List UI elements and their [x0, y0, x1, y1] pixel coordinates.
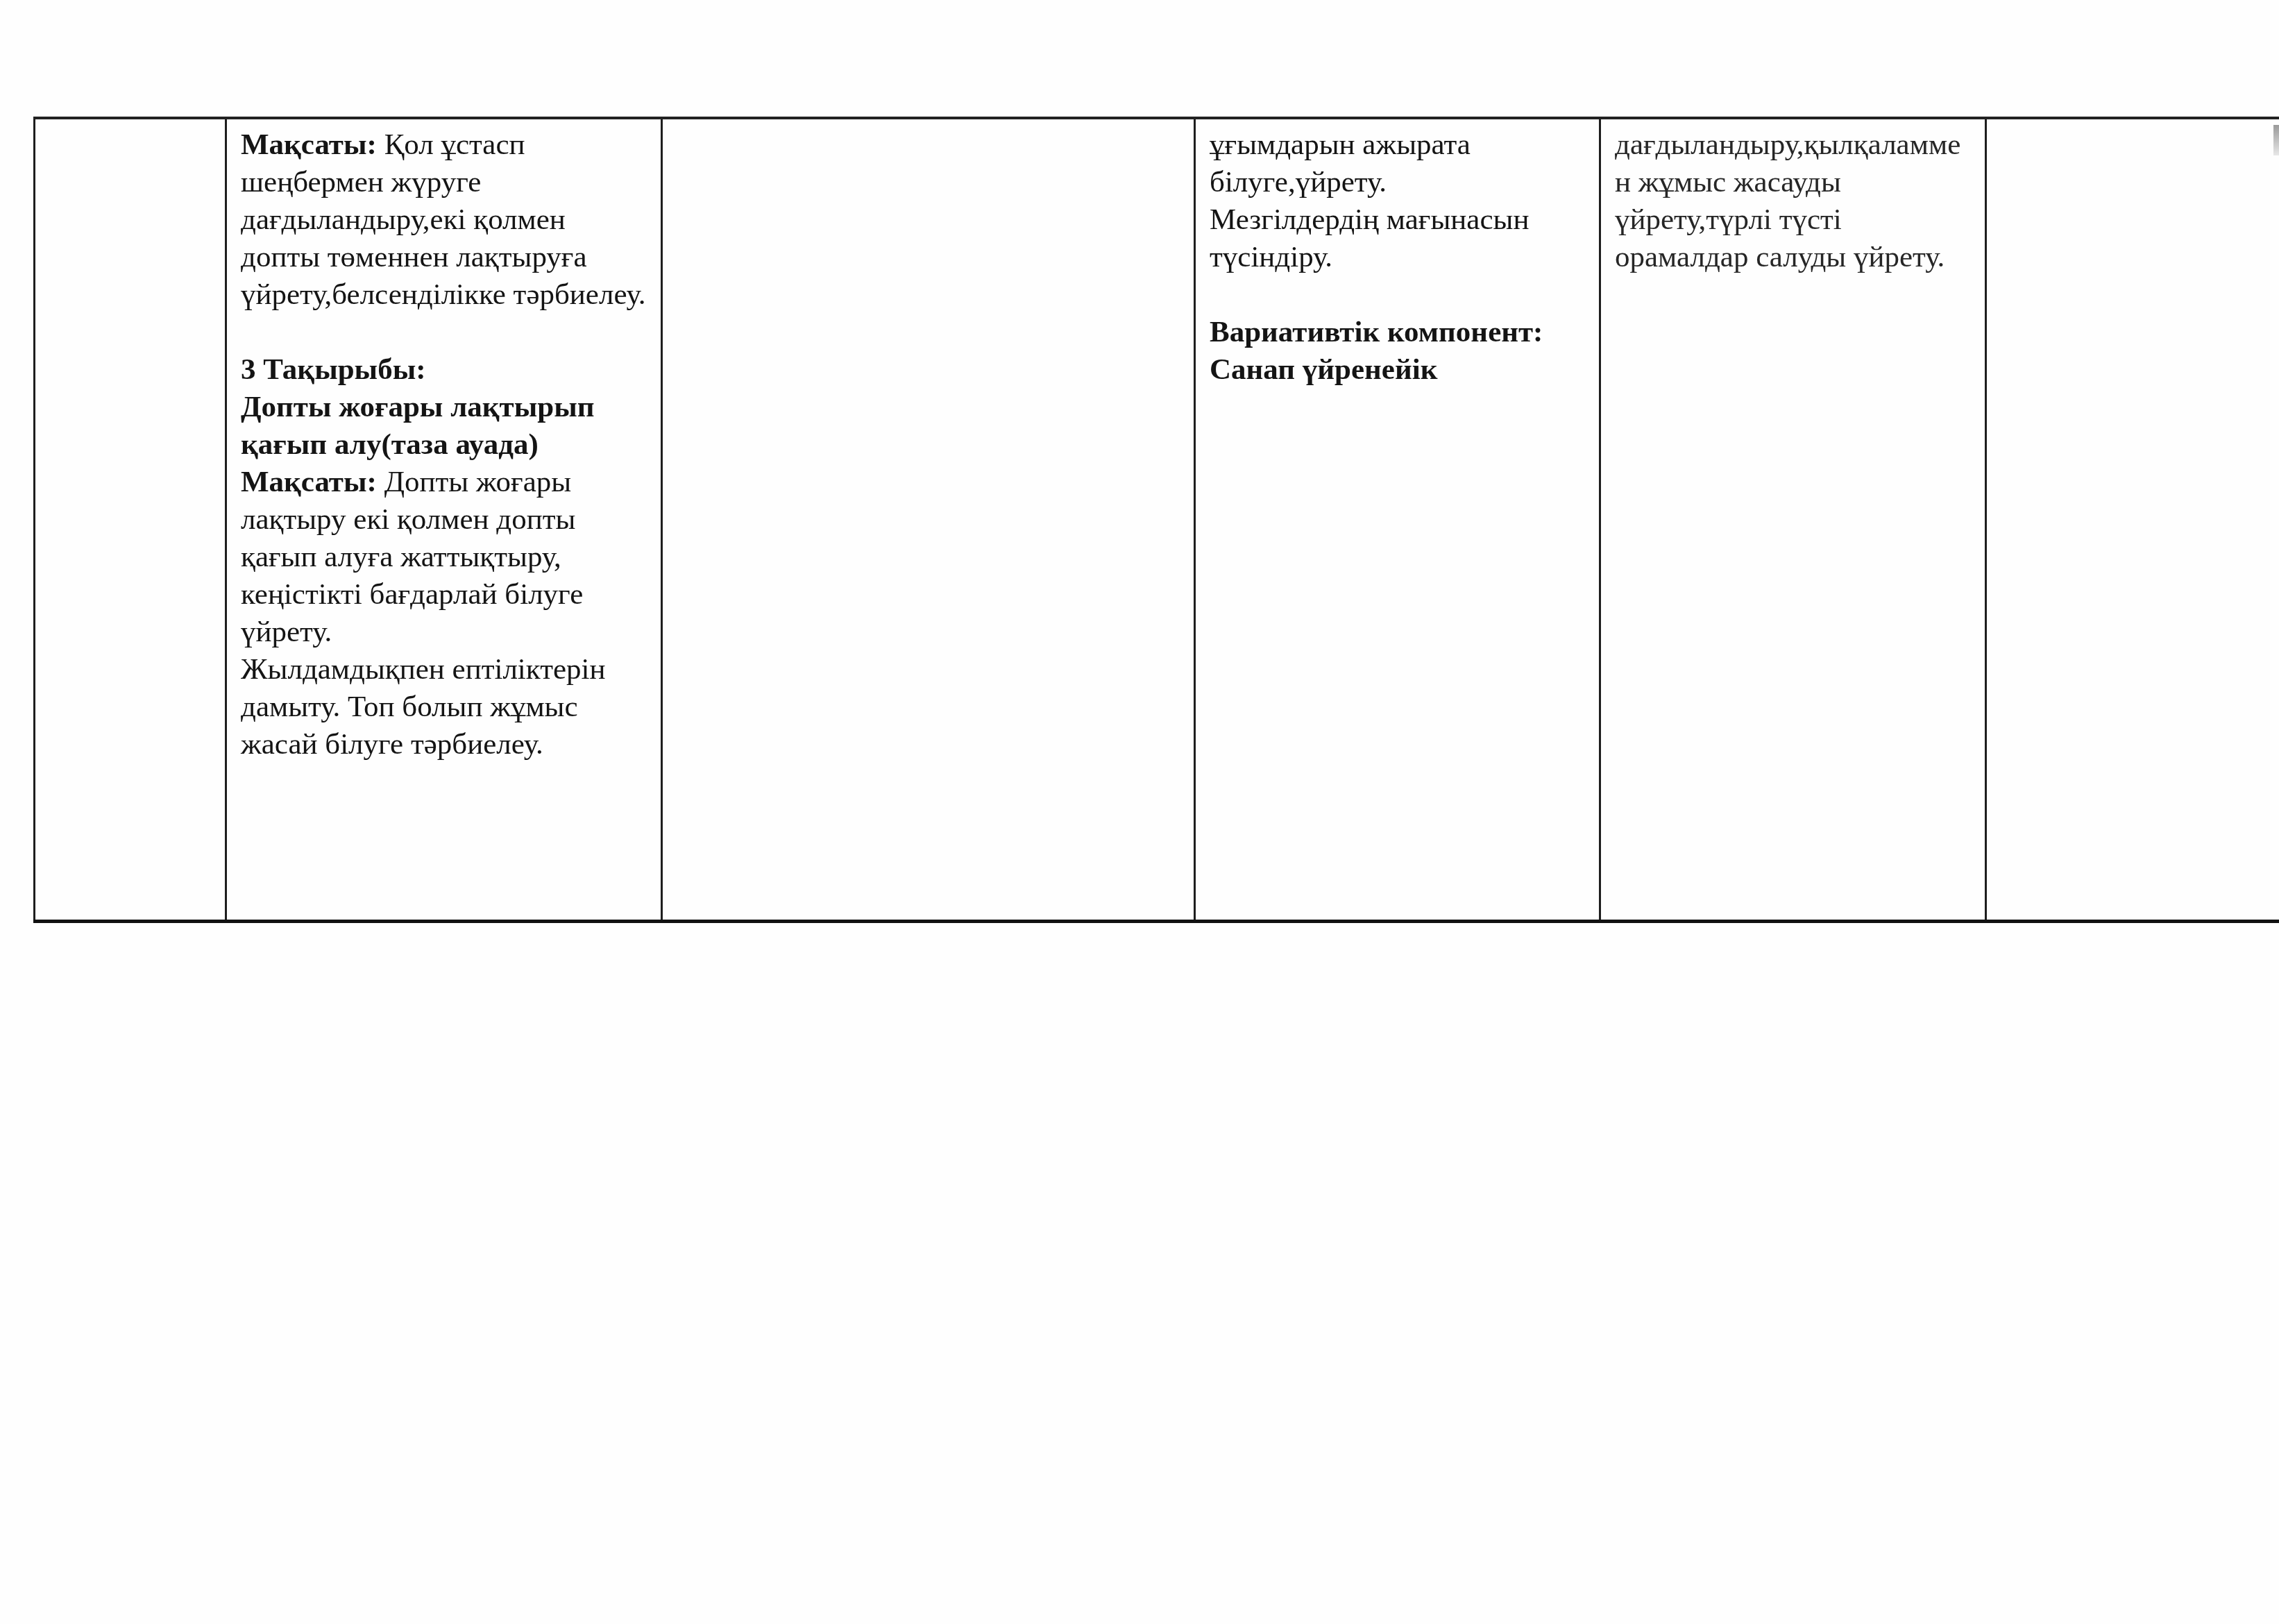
- cell-creativity: дағдыландыру,қылқаламмен жұмыс жасауды ү…: [1600, 118, 1986, 922]
- lesson-plan-table: Мақсаты: Қол ұстасп шеңбермен жүруге дағ…: [33, 117, 2279, 923]
- cell-physical-education: Мақсаты: Қол ұстасп шеңбермен жүруге дағ…: [226, 118, 662, 922]
- cell-cognition: ұғымдарын ажырата білуге,үйрету. Мезгілд…: [1195, 118, 1600, 922]
- cognition-text-2: Мезгілдердің мағынасын түсіндіру.: [1210, 201, 1588, 276]
- lesson-plan-table-wrapper: Мақсаты: Қол ұстасп шеңбермен жүруге дағ…: [33, 117, 2279, 923]
- variative-label: Вариативтік компонент:: [1210, 314, 1588, 351]
- cell-empty-3: [662, 118, 1195, 922]
- scan-edge-mark: [2273, 125, 2279, 155]
- cognition-text-1: ұғымдарын ажырата білуге,үйрету.: [1210, 126, 1588, 201]
- topic-title: Допты жоғары лақтырып қағып алу(таза ауа…: [241, 389, 650, 464]
- spacer: [1210, 276, 1588, 314]
- cell-empty-6: [1986, 118, 2279, 922]
- goal-paragraph-3-continued: Жылдамдықпен eптіліктерін дамыту. Топ бо…: [241, 651, 650, 763]
- topic-label: 3 Тақырыбы:: [241, 351, 650, 389]
- goal-label: Мақсаты:: [241, 128, 377, 161]
- variative-title: Санап үйренейік: [1210, 351, 1588, 389]
- table-row: Мақсаты: Қол ұстасп шеңбермен жүруге дағ…: [35, 118, 2279, 922]
- goal-paragraph-3: Мақсаты: Допты жоғары лақтыру екі қолмен…: [241, 464, 650, 651]
- spacer: [241, 314, 650, 351]
- creativity-text: дағдыландыру,қылқаламмен жұмыс жасауды ү…: [1615, 126, 1974, 276]
- goal-paragraph-1: Мақсаты: Қол ұстасп шеңбермен жүруге дағ…: [241, 126, 650, 314]
- scanned-page: Мақсаты: Қол ұстасп шеңбермен жүруге дағ…: [0, 0, 2279, 1624]
- cell-day-label: [35, 118, 226, 922]
- goal-label: Мақсаты:: [241, 466, 377, 498]
